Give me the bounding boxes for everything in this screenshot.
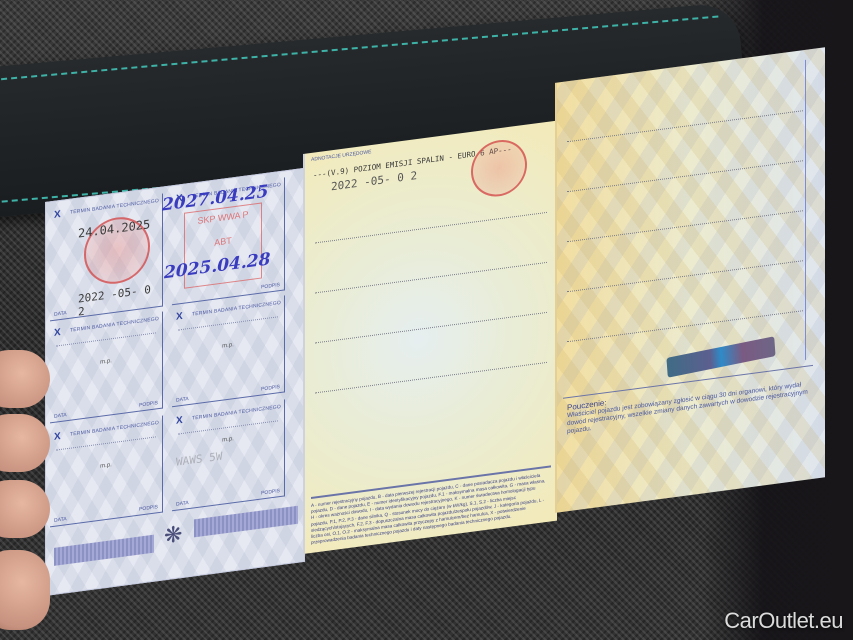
finger <box>0 480 50 538</box>
ruled-line <box>567 210 803 242</box>
security-band-left <box>54 535 154 566</box>
x-marker: X <box>176 415 183 427</box>
page-middle: ADNOTACJE URZĘDOWE ---(V.9) POZIOM EMISJ… <box>303 121 557 554</box>
dotted-line <box>56 436 156 450</box>
watermark: CarOutlet.eu <box>724 608 843 634</box>
label-podpis: PODPIS <box>261 488 280 496</box>
page-right: Pouczenie: Właściciel pojazdu jest zobow… <box>555 47 825 513</box>
x-marker: X <box>54 209 61 221</box>
official-annotations-label: ADNOTACJE URZĘDOWE <box>311 149 371 163</box>
inspection-box-6: X TERMIN BADANIA TECHNICZNEGO m.p. WAWS … <box>172 399 285 511</box>
ruled-line <box>315 362 547 394</box>
security-band-right <box>194 506 298 538</box>
inspection-box-5: X TERMIN BADANIA TECHNICZNEGO m.p. DATA … <box>50 415 163 527</box>
ruled-line <box>567 260 803 292</box>
box-header: TERMIN BADANIA TECHNICZNEGO <box>70 198 159 216</box>
ruled-line <box>567 160 803 192</box>
inspection-box-2: X TERMIN BADANIA TECHNICZNEGO SKP WWA P … <box>172 177 285 305</box>
label-podpis: PODPIS <box>261 384 280 392</box>
polish-eagle-emblem: ❋ <box>164 521 182 549</box>
inspection-box-1: X TERMIN BADANIA TECHNICZNEGO 24.04.2025… <box>50 193 163 321</box>
finger <box>0 350 50 408</box>
station-abt: ABT <box>185 232 261 252</box>
dotted-line <box>56 332 156 346</box>
box-header: TERMIN BADANIA TECHNICZNEGO <box>70 420 159 438</box>
label-data: DATA <box>176 396 189 404</box>
mp-label: m.p. <box>50 352 162 373</box>
label-data: DATA <box>54 310 67 318</box>
x-marker: X <box>54 327 61 339</box>
page-border <box>805 60 806 360</box>
finger <box>0 414 50 472</box>
box-header: TERMIN BADANIA TECHNICZNEGO <box>192 404 281 422</box>
ruled-line <box>315 262 547 294</box>
faint-stamp: WAWS 5W <box>176 450 222 469</box>
label-podpis: PODPIS <box>139 504 158 512</box>
inspection-box-4: X TERMIN BADANIA TECHNICZNEGO m.p. DATA … <box>172 295 285 407</box>
box-header: TERMIN BADANIA TECHNICZNEGO <box>192 300 281 318</box>
finger <box>0 550 50 630</box>
mp-label: m.p. <box>50 456 162 477</box>
label-podpis: PODPIS <box>139 400 158 408</box>
ruled-line <box>567 110 803 142</box>
box-header: TERMIN BADANIA TECHNICZNEGO <box>70 316 159 334</box>
label-data: DATA <box>176 500 189 508</box>
hand <box>0 350 60 640</box>
dotted-line <box>178 316 278 330</box>
ruled-line <box>315 212 547 244</box>
mp-label: m.p. <box>172 336 284 357</box>
ruled-line <box>315 312 547 344</box>
page-left: X TERMIN BADANIA TECHNICZNEGO 24.04.2025… <box>45 168 305 596</box>
official-stamp <box>471 137 527 200</box>
x-marker: X <box>176 311 183 323</box>
inspection-box-3: X TERMIN BADANIA TECHNICZNEGO m.p. DATA … <box>50 311 163 423</box>
label-podpis: PODPIS <box>261 282 280 290</box>
